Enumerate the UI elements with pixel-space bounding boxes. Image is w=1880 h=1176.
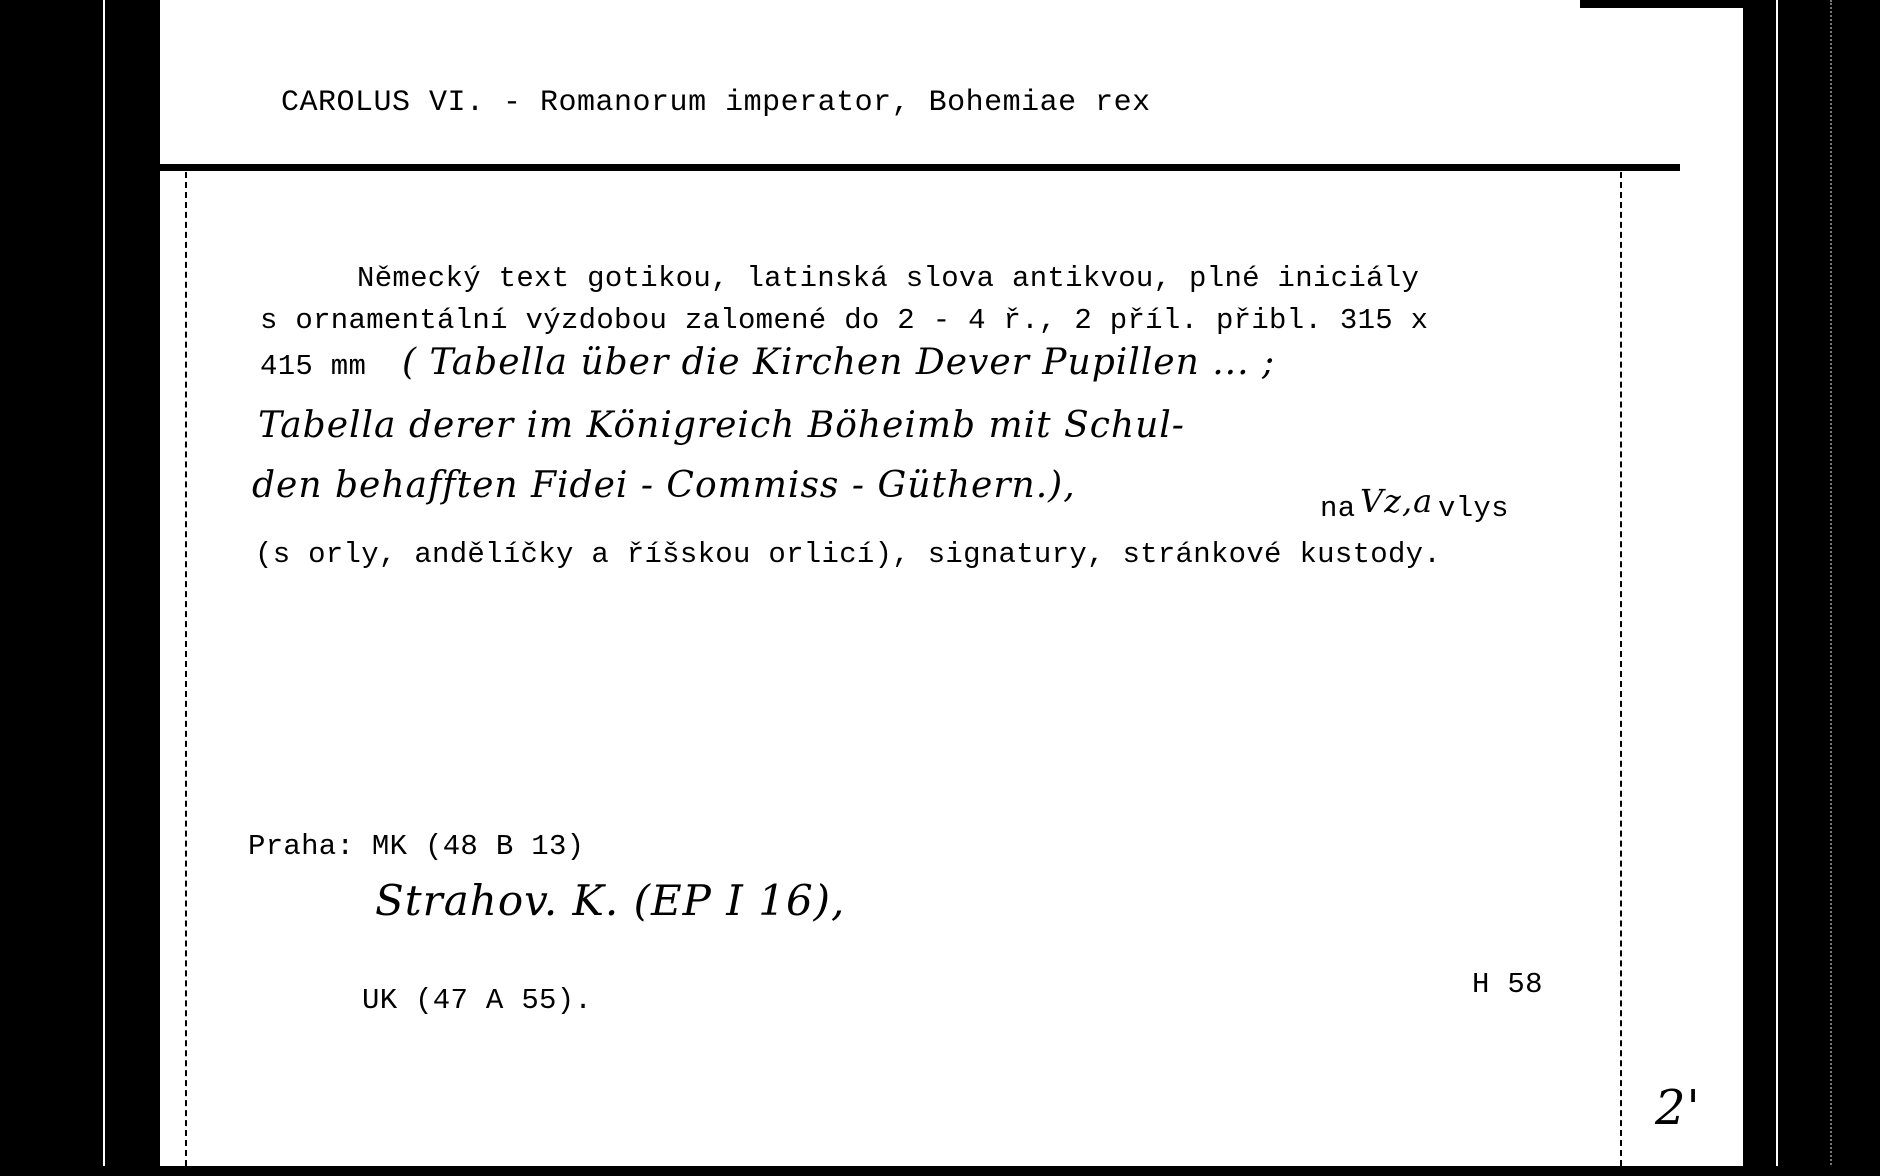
- description-line-5-typed-na: na: [1320, 492, 1355, 525]
- scan-bottom-edge: [0, 1166, 1880, 1176]
- description-line-6: (s orly, andělíčky a říšskou orlicí), si…: [255, 538, 1441, 571]
- call-number: H 58: [1472, 968, 1543, 1001]
- description-line-1: Německý text gotikou, latinská slova ant…: [357, 262, 1419, 295]
- heading-rule: [160, 164, 1680, 171]
- holdings-uk: UK (47 A 55).: [362, 984, 592, 1017]
- holdings-strahov-handwritten: Strahov. K. (EP I 16),: [375, 876, 845, 925]
- description-line-5-typed-vlys: vlys: [1438, 492, 1509, 525]
- description-line-3-typed: 415 mm: [260, 350, 366, 383]
- description-line-5-handwritten: den behafften Fidei - Commiss - Güthern.…: [252, 465, 1076, 506]
- page-mark-handwritten: 2': [1655, 1080, 1701, 1136]
- card-heading: CAROLUS VI. - Romanorum imperator, Bohem…: [281, 86, 1151, 120]
- left-margin-dotted-line: [185, 172, 187, 1166]
- holdings-praha-mk: Praha: MK (48 B 13): [248, 830, 584, 863]
- description-line-3-handwritten: ( Tabella über die Kirchen Dever Pupille…: [402, 342, 1275, 383]
- scan-edge-line-left: [103, 0, 105, 1176]
- description-line-5-handwritten-abbrev: Vz,a: [1360, 482, 1433, 520]
- scan-edge-ticks: [1830, 0, 1835, 1176]
- description-line-4-handwritten: Tabella derer im Königreich Böheimb mit …: [258, 405, 1185, 446]
- scan-edge-line-right: [1776, 0, 1778, 1176]
- right-margin-dotted-line: [1620, 172, 1622, 1166]
- description-line-2: s ornamentální výzdobou zalomené do 2 - …: [260, 304, 1428, 337]
